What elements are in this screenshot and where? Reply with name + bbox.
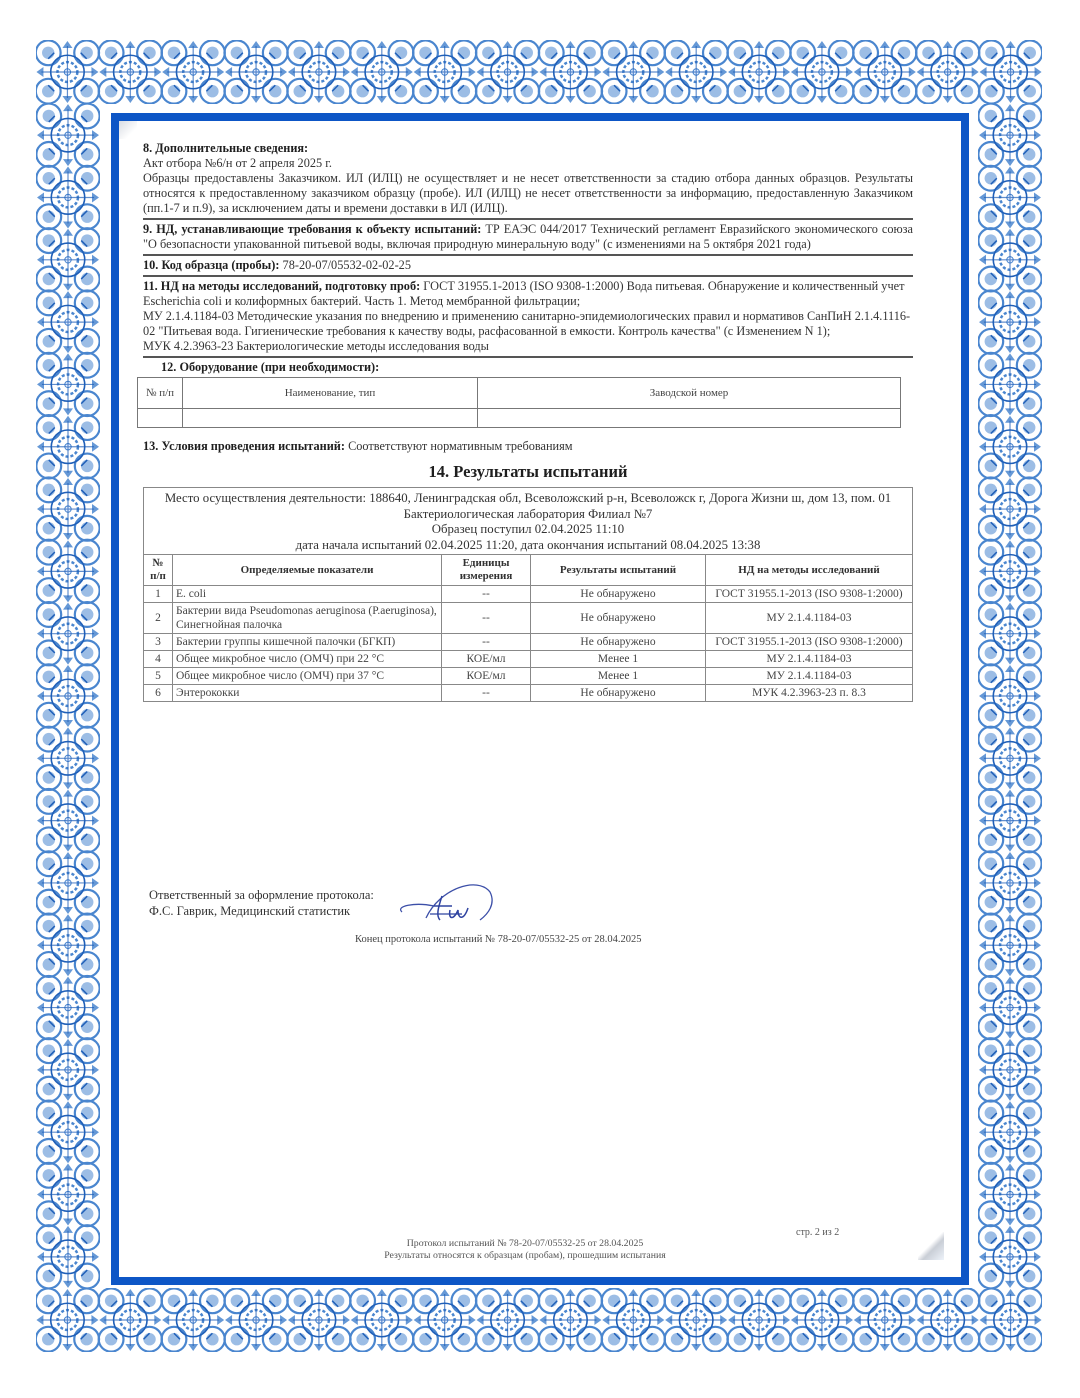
section-test-conditions: 13. Условия проведения испытаний: Соотве… xyxy=(143,439,913,454)
result: Менее 1 xyxy=(531,651,706,668)
signoff-block: Ответственный за оформление протокола: Ф… xyxy=(149,887,374,919)
col-result: Результаты испытаний xyxy=(531,555,706,586)
section-13-heading: 13. Условия проведения испытаний: xyxy=(143,439,345,453)
unit: -- xyxy=(442,603,531,634)
col-indicator: Определяемые показатели xyxy=(173,555,442,586)
signature-icon xyxy=(390,880,500,930)
cell xyxy=(138,409,183,428)
method: ГОСТ 31955.1-2013 (ISO 9308-1:2000) xyxy=(706,586,913,603)
page-curl-bottom-right xyxy=(918,1232,944,1260)
section-8-text: Образцы предоставлены Заказчиком. ИЛ (ИЛ… xyxy=(143,171,913,216)
method: ГОСТ 31955.1-2013 (ISO 9308-1:2000) xyxy=(706,634,913,651)
result: Не обнаружено xyxy=(531,685,706,702)
col-method: НД на методы исследований xyxy=(706,555,913,586)
section-12-heading: 12. Оборудование (при необходимости): xyxy=(161,360,379,374)
row-number: 1 xyxy=(144,586,173,603)
method: МУ 2.1.4.1184-03 xyxy=(706,651,913,668)
results-table: Место осуществления деятельности: 188640… xyxy=(143,487,913,702)
equipment-table-header: № п/п Наименование, тип Заводской номер xyxy=(138,378,901,409)
sample-code: 78-20-07/05532-02-02-25 xyxy=(279,258,411,272)
col-unit: Единицы измерения xyxy=(442,555,531,586)
page-number: стр. 2 из 2 xyxy=(796,1227,839,1238)
responsible-label: Ответственный за оформление протокола: xyxy=(149,887,374,903)
table-row: 1E. coli--Не обнаруженоГОСТ 31955.1-2013… xyxy=(144,586,913,603)
table-row xyxy=(138,409,901,428)
result: Менее 1 xyxy=(531,668,706,685)
row-number: 3 xyxy=(144,634,173,651)
unit: -- xyxy=(442,586,531,603)
results-body: 1E. coli--Не обнаруженоГОСТ 31955.1-2013… xyxy=(144,586,913,702)
method-line: МУ 2.1.4.1184-03 Методические указания п… xyxy=(143,309,913,339)
results-info-row: Место осуществления деятельности: 188640… xyxy=(144,488,913,555)
row-number: 5 xyxy=(144,668,173,685)
row-number: 2 xyxy=(144,603,173,634)
unit: -- xyxy=(442,685,531,702)
table-row: 5Общее микробное число (ОМЧ) при 37 °СКО… xyxy=(144,668,913,685)
protocol-page: 8. Дополнительные сведения: Акт отбора №… xyxy=(143,140,913,702)
test-conditions: Соответствуют нормативным требованиям xyxy=(345,439,573,453)
table-row: 3Бактерии группы кишечной палочки (БГКП)… xyxy=(144,634,913,651)
test-dates: дата начала испытаний 02.04.2025 11:20, … xyxy=(150,538,906,554)
method: МУ 2.1.4.1184-03 xyxy=(706,603,913,634)
section-methods: 11. НД на методы исследований, подготовк… xyxy=(143,278,913,358)
activity-location: Место осуществления деятельности: 188640… xyxy=(150,491,906,507)
section-8-heading: 8. Дополнительные сведения: xyxy=(143,141,913,156)
result: Не обнаружено xyxy=(531,603,706,634)
results-title: 14. Результаты испытаний xyxy=(143,464,913,479)
cell xyxy=(183,409,478,428)
equipment-table: № п/п Наименование, тип Заводской номер xyxy=(137,377,901,428)
unit: КОЕ/мл xyxy=(442,668,531,685)
indicator: Бактерии группы кишечной палочки (БГКП) xyxy=(173,634,442,651)
section-requirements: 9. НД, устанавливающие требования к объе… xyxy=(143,221,913,256)
page-curl-top-left xyxy=(119,121,137,139)
section-9-heading: 9. НД, устанавливающие требования к объе… xyxy=(143,222,481,236)
ornament-border-right xyxy=(978,104,1042,1288)
method: МУК 4.2.3963-23 п. 8.3 xyxy=(706,685,913,702)
footer-disclaimer: Результаты относятся к образцам (пробам)… xyxy=(300,1250,750,1262)
page-footer: Протокол испытаний № 78-20-07/05532-25 о… xyxy=(300,1238,750,1262)
unit: -- xyxy=(442,634,531,651)
footer-protocol: Протокол испытаний № 78-20-07/05532-25 о… xyxy=(300,1238,750,1250)
sample-received: Образец поступил 02.04.2025 11:10 xyxy=(150,522,906,538)
responsible-person: Ф.С. Гаврик, Медицинский статистик xyxy=(149,903,374,919)
cell xyxy=(478,409,901,428)
row-number: 6 xyxy=(144,685,173,702)
section-additional-info: 8. Дополнительные сведения: Акт отбора №… xyxy=(143,140,913,220)
row-number: 4 xyxy=(144,651,173,668)
section-equipment: 12. Оборудование (при необходимости): xyxy=(143,359,913,377)
col-serial-number: Заводской номер xyxy=(478,378,901,409)
indicator: E. coli xyxy=(173,586,442,603)
indicator: Общее микробное число (ОМЧ) при 22 °С xyxy=(173,651,442,668)
sampling-act: Акт отбора №6/н от 2 апреля 2025 г. xyxy=(143,156,913,171)
table-row: 4Общее микробное число (ОМЧ) при 22 °СКО… xyxy=(144,651,913,668)
method-line: МУК 4.2.3963-23 Бактериологические метод… xyxy=(143,339,913,354)
ornament-border-left xyxy=(36,104,100,1288)
ornament-border-bottom xyxy=(36,1288,1042,1352)
result: Не обнаружено xyxy=(531,586,706,603)
col-name-type: Наименование, тип xyxy=(183,378,478,409)
unit: КОЕ/мл xyxy=(442,651,531,668)
col-number: № п/п xyxy=(138,378,183,409)
section-sample-code: 10. Код образца (пробы): 78-20-07/05532-… xyxy=(143,257,913,277)
indicator: Бактерии вида Pseudomonas aeruginosa (P.… xyxy=(173,603,442,634)
section-10-heading: 10. Код образца (пробы): xyxy=(143,258,279,272)
indicator: Энтерококки xyxy=(173,685,442,702)
protocol-end-note: Конец протокола испытаний № 78-20-07/055… xyxy=(355,934,641,945)
indicator: Общее микробное число (ОМЧ) при 37 °С xyxy=(173,668,442,685)
table-row: 6Энтерококки--Не обнаруженоМУК 4.2.3963-… xyxy=(144,685,913,702)
ornament-border-top xyxy=(36,40,1042,104)
col-number: № п/п xyxy=(144,555,173,586)
results-table-header: № п/п Определяемые показатели Единицы из… xyxy=(144,555,913,586)
result: Не обнаружено xyxy=(531,634,706,651)
section-11-heading: 11. НД на методы исследований, подготовк… xyxy=(143,279,420,293)
method: МУ 2.1.4.1184-03 xyxy=(706,668,913,685)
laboratory: Бактериологическая лаборатория Филиал №7 xyxy=(150,507,906,523)
results-info: Место осуществления деятельности: 188640… xyxy=(144,488,913,555)
table-row: 2Бактерии вида Pseudomonas aeruginosa (P… xyxy=(144,603,913,634)
